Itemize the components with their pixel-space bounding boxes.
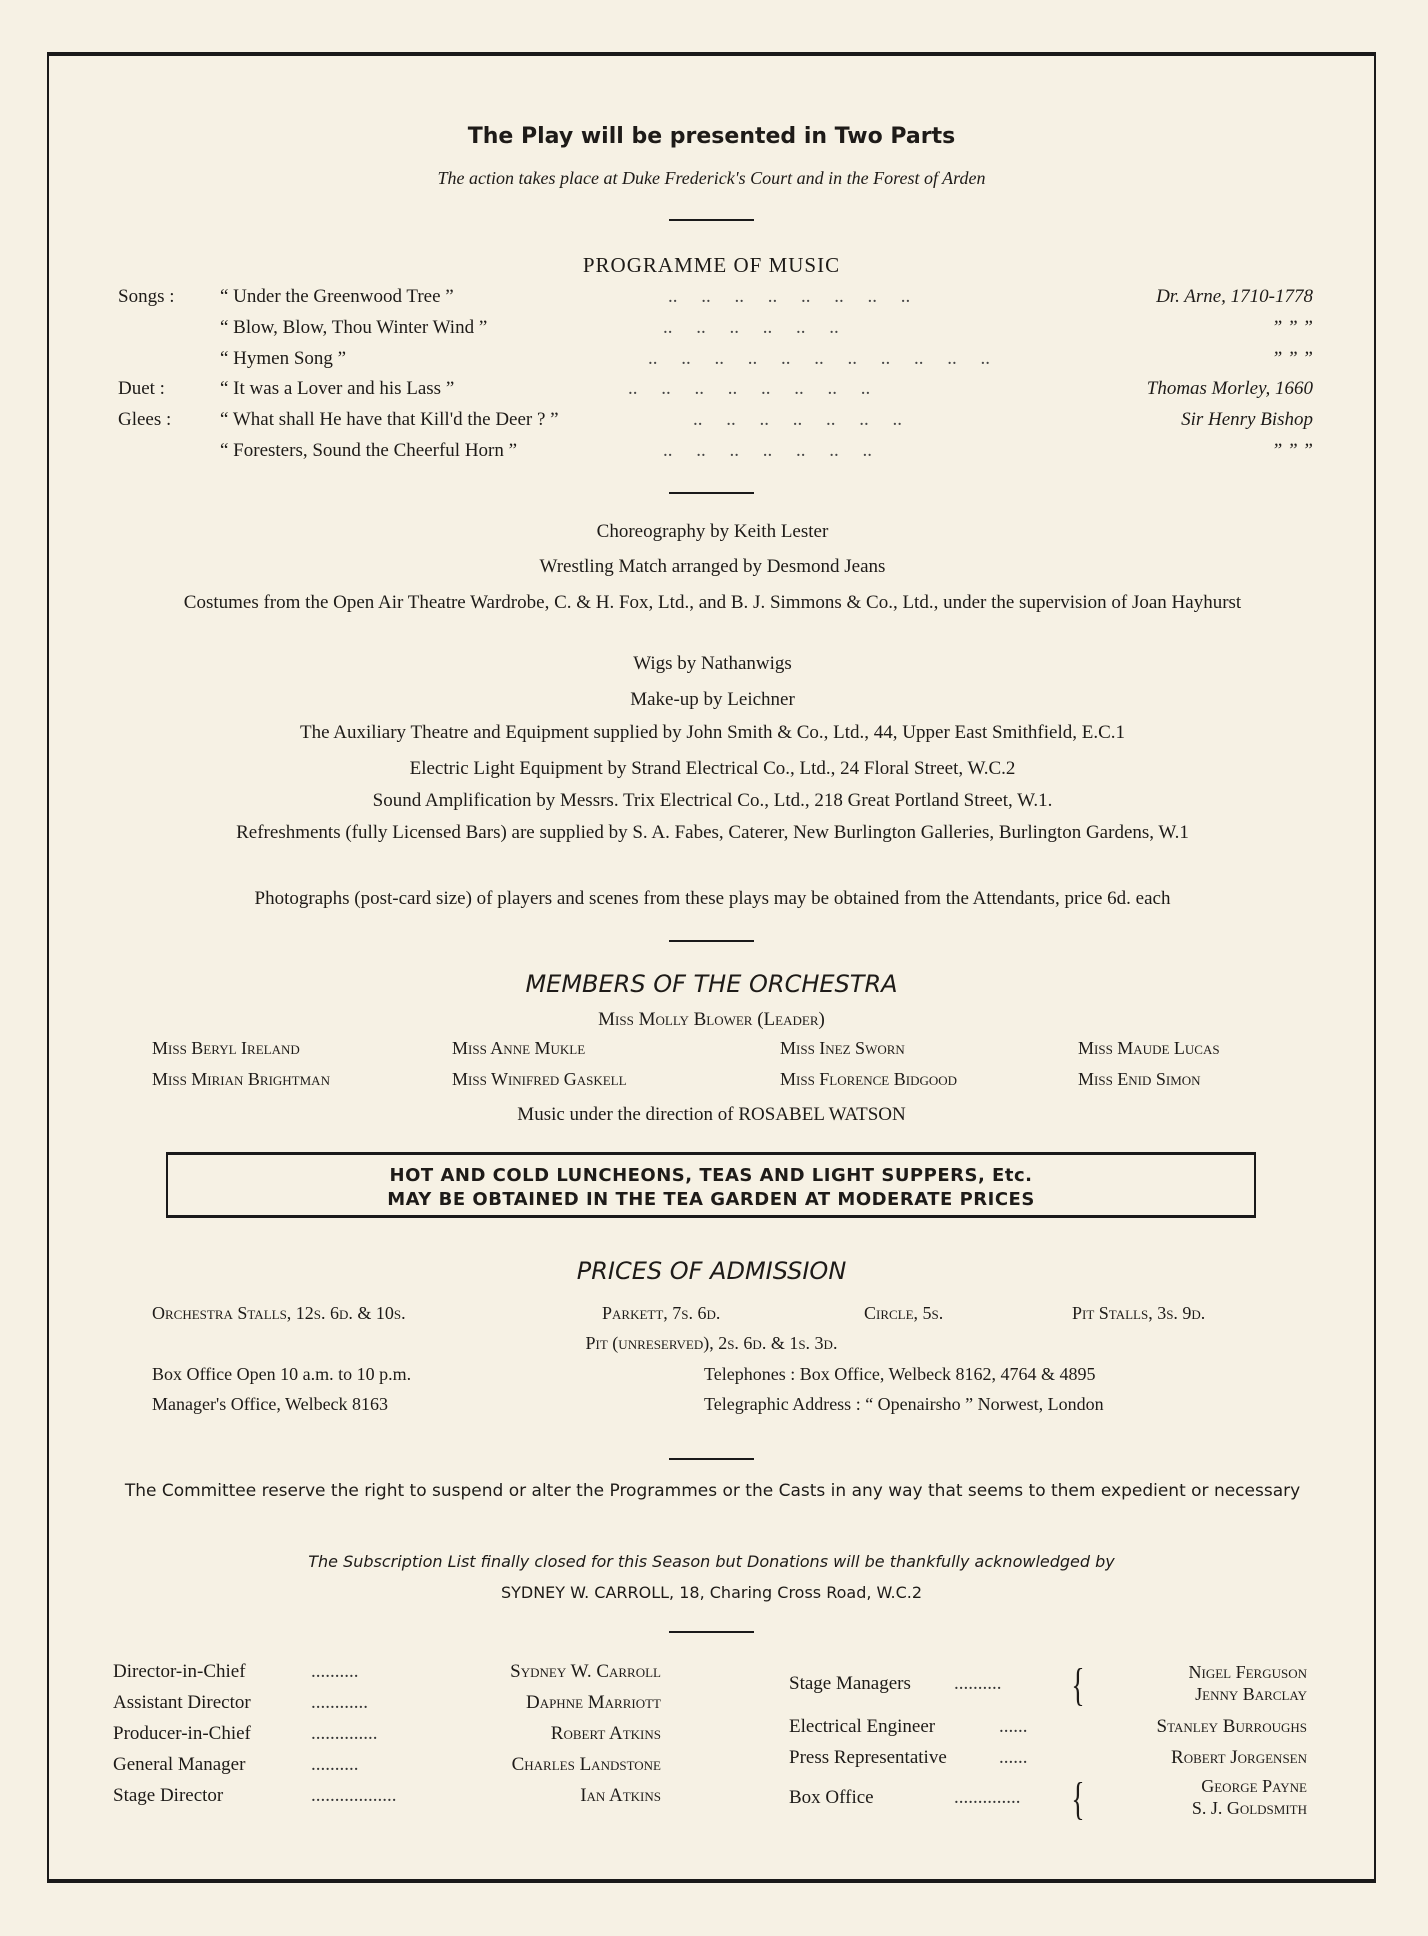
music-row: Songs :“ Under the Greenwood Tree ”.. ..… bbox=[118, 286, 1313, 314]
dot-leader: .......... bbox=[311, 1754, 359, 1776]
staff-name: George Payne bbox=[1201, 1776, 1307, 1797]
price-pit-stalls: Pit Stalls, 3s. 9d. bbox=[1072, 1303, 1205, 1324]
committee-notice: The Committee reserve the right to suspe… bbox=[110, 1476, 1315, 1507]
prices-heading: PRICES OF ADMISSION bbox=[47, 1257, 1376, 1285]
staff-row: Electrical Engineer......Stanley Burroug… bbox=[789, 1716, 1307, 1744]
page-subtitle: The action takes place at Duke Frederick… bbox=[47, 168, 1376, 189]
credit-line: Costumes from the Open Air Theatre Wardr… bbox=[110, 590, 1315, 616]
orchestra-leader: Miss Molly Blower (Leader) bbox=[47, 1007, 1376, 1033]
orchestra-member: Miss Enid Simon bbox=[1078, 1069, 1201, 1090]
composer: ” ” ” bbox=[1272, 440, 1313, 462]
staff-role: Director-in-Chief bbox=[113, 1661, 246, 1683]
staff-name: Sydney W. Carroll bbox=[510, 1661, 661, 1683]
staff-role: Press Representative bbox=[789, 1747, 947, 1769]
divider bbox=[669, 492, 754, 494]
price-orchestra-stalls: Orchestra Stalls, 12s. 6d. & 10s. bbox=[152, 1303, 406, 1324]
divider bbox=[669, 219, 754, 221]
orchestra-member: Miss Inez Sworn bbox=[780, 1038, 905, 1059]
brace-icon: { bbox=[1071, 1776, 1084, 1822]
box-office-hours: Box Office Open 10 a.m. to 10 p.m. bbox=[152, 1364, 411, 1385]
composer: Thomas Morley, 1660 bbox=[1147, 378, 1313, 400]
music-row: Duet :“ It was a Lover and his Lass ”.. … bbox=[118, 378, 1313, 406]
dot-leader: .. .. .. .. .. .. bbox=[663, 317, 839, 339]
dot-leader: .. .. .. .. .. .. .. bbox=[663, 440, 872, 462]
composer: ” ” ” bbox=[1272, 317, 1313, 339]
dot-leader: ...... bbox=[999, 1747, 1028, 1769]
managers-office: Manager's Office, Welbeck 8163 bbox=[152, 1394, 388, 1415]
composer: ” ” ” bbox=[1272, 348, 1313, 370]
dot-leader: .............. bbox=[311, 1723, 378, 1745]
telegraphic-address: Telegraphic Address : “ Openairsho ” Nor… bbox=[704, 1394, 1104, 1415]
staff-name: Nigel Ferguson bbox=[1188, 1662, 1307, 1683]
staff-row: Stage Managers..........{Nigel FergusonJ… bbox=[789, 1664, 1307, 1710]
staff-role: General Manager bbox=[113, 1754, 245, 1776]
divider bbox=[669, 940, 754, 942]
song-title: “ Blow, Blow, Thou Winter Wind ” bbox=[220, 317, 487, 339]
refreshments-notice: HOT AND COLD LUNCHEONS, TEAS AND LIGHT S… bbox=[166, 1152, 1256, 1218]
credit-line: Wrestling Match arranged by Desmond Jean… bbox=[110, 554, 1315, 580]
music-direction: Music under the direction of ROSABEL WAT… bbox=[47, 1102, 1376, 1128]
music-row: “ Hymen Song ”.. .. .. .. .. .. .. .. ..… bbox=[118, 348, 1313, 376]
notice-line-1: HOT AND COLD LUNCHEONS, TEAS AND LIGHT S… bbox=[168, 1164, 1254, 1188]
orchestra-member: Miss Mirian Brightman bbox=[152, 1069, 330, 1090]
dot-leader: .......... bbox=[311, 1661, 359, 1683]
staff-row: Producer-in-Chief..............Robert At… bbox=[113, 1723, 661, 1751]
staff-name: Robert Jorgensen bbox=[1171, 1747, 1307, 1769]
staff-role: Stage Director bbox=[113, 1785, 223, 1807]
price-pit: Pit (unreserved), 2s. 6d. & 1s. 3d. bbox=[47, 1333, 1376, 1354]
orchestra-member: Miss Winifred Gaskell bbox=[452, 1069, 627, 1090]
music-type: Songs : bbox=[118, 286, 175, 308]
price-circle: Circle, 5s. bbox=[864, 1303, 943, 1324]
music-heading: PROGRAMME OF MUSIC bbox=[47, 253, 1376, 278]
composer: Sir Henry Bishop bbox=[1181, 409, 1313, 431]
dot-leader: .............. bbox=[954, 1787, 1021, 1809]
credit-line: Choreography by Keith Lester bbox=[110, 519, 1315, 545]
song-title: “ It was a Lover and his Lass ” bbox=[220, 378, 454, 400]
dot-leader: .. .. .. .. .. .. .. .. bbox=[628, 378, 870, 400]
staff-name: Charles Landstone bbox=[512, 1754, 661, 1776]
song-title: “ Hymen Song ” bbox=[220, 348, 346, 370]
staff-role: Electrical Engineer bbox=[789, 1716, 935, 1738]
song-title: “ What shall He have that Kill'd the Dee… bbox=[220, 409, 559, 431]
credit-line: Make-up by Leichner bbox=[110, 687, 1315, 713]
orchestra-member: Miss Maude Lucas bbox=[1078, 1038, 1220, 1059]
song-title: “ Foresters, Sound the Cheerful Horn ” bbox=[220, 440, 517, 462]
orchestra-member: Miss Anne Mukle bbox=[452, 1038, 585, 1059]
staff-row: Assistant Director............Daphne Mar… bbox=[113, 1692, 661, 1720]
credit-line: Photographs (post-card size) of players … bbox=[110, 886, 1315, 912]
subscription-contact: SYDNEY W. CARROLL, 18, Charing Cross Roa… bbox=[47, 1578, 1376, 1608]
orchestra-heading: MEMBERS OF THE ORCHESTRA bbox=[47, 970, 1376, 998]
subscription-notice: The Subscription List finally closed for… bbox=[47, 1547, 1376, 1577]
telephones: Telephones : Box Office, Welbeck 8162, 4… bbox=[704, 1364, 1096, 1385]
dot-leader: .......... bbox=[954, 1673, 1002, 1695]
music-row: “ Blow, Blow, Thou Winter Wind ”.. .. ..… bbox=[118, 317, 1313, 345]
credit-line: Sound Amplification by Messrs. Trix Elec… bbox=[110, 788, 1315, 814]
staff-row: Stage Director..................Ian Atki… bbox=[113, 1785, 661, 1813]
staff-row: General Manager..........Charles Landsto… bbox=[113, 1754, 661, 1782]
music-type: Glees : bbox=[118, 409, 171, 431]
page-title: The Play will be presented in Two Parts bbox=[47, 124, 1376, 149]
orchestra-member: Miss Beryl Ireland bbox=[152, 1038, 300, 1059]
notice-line-2: MAY BE OBTAINED IN THE TEA GARDEN AT MOD… bbox=[168, 1188, 1254, 1212]
staff-role: Stage Managers bbox=[789, 1673, 911, 1695]
dot-leader: ............ bbox=[311, 1692, 368, 1714]
staff-role: Assistant Director bbox=[113, 1692, 251, 1714]
staff-row: Box Office..............{George PayneS. … bbox=[789, 1778, 1307, 1824]
price-parkett: Parkett, 7s. 6d. bbox=[602, 1303, 720, 1324]
staff-row: Director-in-Chief..........Sydney W. Car… bbox=[113, 1661, 661, 1689]
staff-name: Robert Atkins bbox=[551, 1723, 661, 1745]
music-row: “ Foresters, Sound the Cheerful Horn ”..… bbox=[118, 440, 1313, 468]
orchestra-member: Miss Florence Bidgood bbox=[780, 1069, 957, 1090]
staff-role: Box Office bbox=[789, 1787, 874, 1809]
credit-line: Wigs by Nathanwigs bbox=[110, 651, 1315, 677]
staff-row: Press Representative......Robert Jorgens… bbox=[789, 1747, 1307, 1775]
staff-name: Daphne Marriott bbox=[526, 1692, 661, 1714]
staff-name: Ian Atkins bbox=[580, 1785, 661, 1807]
dot-leader: .................. bbox=[311, 1785, 397, 1807]
dot-leader: .. .. .. .. .. .. .. .. .. .. .. bbox=[648, 348, 990, 370]
song-title: “ Under the Greenwood Tree ” bbox=[220, 286, 454, 308]
dot-leader: .. .. .. .. .. .. .. .. bbox=[668, 286, 910, 308]
divider bbox=[669, 1458, 754, 1460]
dot-leader: .. .. .. .. .. .. .. bbox=[693, 409, 902, 431]
composer: Dr. Arne, 1710-1778 bbox=[1156, 286, 1313, 308]
brace-icon: { bbox=[1071, 1662, 1084, 1708]
dot-leader: ...... bbox=[999, 1716, 1028, 1738]
music-row: Glees :“ What shall He have that Kill'd … bbox=[118, 409, 1313, 437]
staff-name: S. J. Goldsmith bbox=[1192, 1798, 1307, 1819]
credit-line: Refreshments (fully Licensed Bars) are s… bbox=[110, 820, 1315, 846]
music-type: Duet : bbox=[118, 378, 165, 400]
staff-name: Stanley Burroughs bbox=[1157, 1716, 1307, 1738]
credit-line: The Auxiliary Theatre and Equipment supp… bbox=[110, 720, 1315, 746]
divider bbox=[669, 1631, 754, 1633]
credit-line: Electric Light Equipment by Strand Elect… bbox=[110, 756, 1315, 782]
staff-name: Jenny Barclay bbox=[1195, 1684, 1307, 1705]
staff-role: Producer-in-Chief bbox=[113, 1723, 251, 1745]
